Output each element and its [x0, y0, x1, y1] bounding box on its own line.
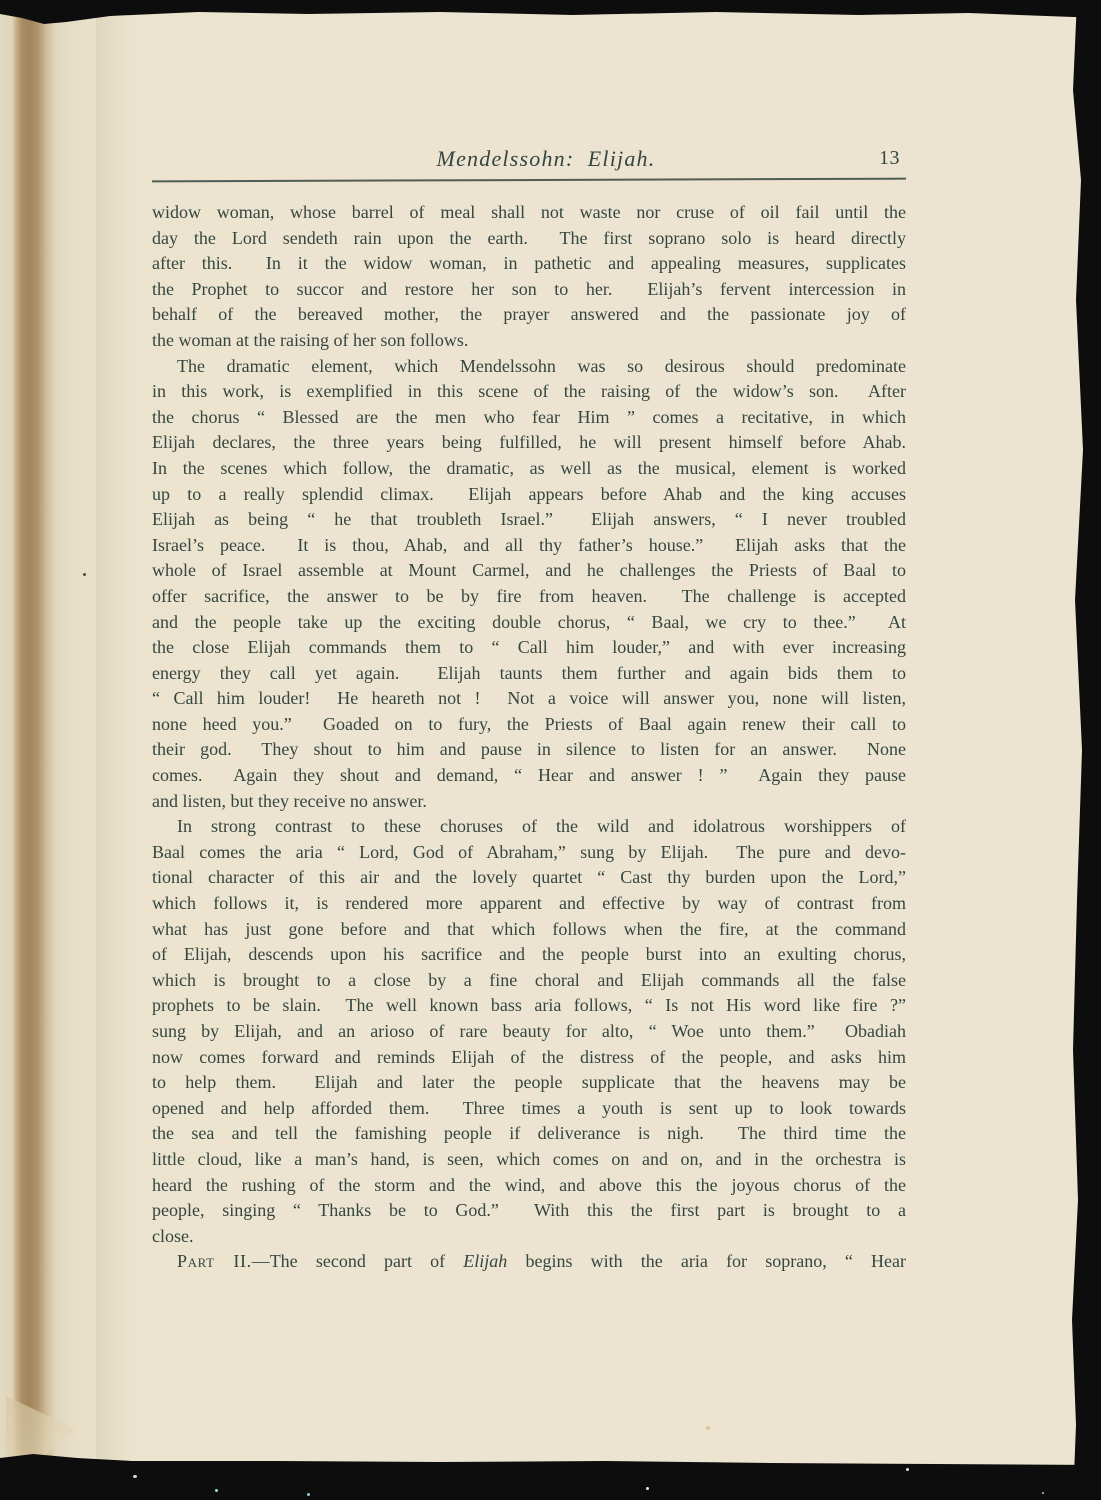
scan-speck	[906, 1468, 909, 1471]
text-segment: —The second part of	[252, 1251, 464, 1271]
text-segment: which follows it, is rendered more appar…	[152, 893, 906, 913]
text-line: none heed you.” Goaded on to fury, the P…	[152, 712, 906, 738]
text-segment: the sea and tell the famishing people if…	[152, 1123, 906, 1143]
text-segment: whole of Israel assemble at Mount Carmel…	[152, 560, 906, 580]
text-segment: and the people take up the exciting doub…	[152, 612, 906, 632]
text-segment: their god. They shout to him and pause i…	[152, 739, 906, 759]
text-line: opened and help afforded them. Three tim…	[152, 1096, 906, 1122]
text-line: behalf of the bereaved mother, the praye…	[152, 302, 906, 328]
text-segment: the Prophet to succor and restore her so…	[152, 279, 906, 299]
text-line: people, singing “ Thanks be to God.” Wit…	[152, 1198, 906, 1224]
text-segment: little cloud, like a man’s hand, is seen…	[152, 1149, 906, 1169]
text-segment: heard the rushing of the storm and the w…	[152, 1175, 906, 1195]
text-segment: Israel’s peace. It is thou, Ahab, and al…	[152, 535, 906, 555]
text-line: Elijah declares, the three years being f…	[152, 430, 906, 456]
text-segment: “ Call him louder! He heareth not ! Not …	[152, 688, 906, 708]
page-number: 13	[879, 147, 900, 170]
text-line: whole of Israel assemble at Mount Carmel…	[152, 558, 906, 584]
text-segment: energy they call yet again. Elijah taunt…	[152, 663, 906, 683]
page-gutter-crease	[96, 0, 151, 1500]
scan-speck	[83, 573, 86, 576]
text-segment: what has just gone before and that which…	[152, 919, 906, 939]
text-line: tional character of this air and the lov…	[152, 865, 906, 891]
text-line: after this. In it the widow woman, in pa…	[152, 251, 906, 277]
text-line: In the scenes which follow, the dramatic…	[152, 456, 906, 482]
text-segment: to help them. Elijah and later the peopl…	[152, 1072, 906, 1092]
running-header-title: Mendelssohn: Elijah.	[152, 146, 906, 172]
text-line: offer sacrifice, the answer to be by fir…	[152, 584, 906, 610]
text-line: prophets to be slain. The well known bas…	[152, 993, 906, 1019]
text-line: the woman at the raising of her son foll…	[152, 328, 906, 354]
text-segment: widow woman, whose barrel of meal shall …	[152, 202, 906, 222]
text-line: comes. Again they shout and demand, “ He…	[152, 763, 906, 789]
text-segment: sung by Elijah, and an arioso of rare be…	[152, 1021, 906, 1041]
text-line: heard the rushing of the storm and the w…	[152, 1173, 906, 1199]
text-line: up to a really splendid climax. Elijah a…	[152, 482, 906, 508]
text-segment: begins with the aria for soprano, “ Hear	[507, 1251, 906, 1271]
text-segment: Elijah	[463, 1251, 507, 1271]
text-segment: close.	[152, 1226, 193, 1246]
text-segment: behalf of the bereaved mother, the praye…	[152, 304, 906, 324]
text-line: Part II.—The second part of Elijah begin…	[152, 1249, 906, 1275]
text-segment: offer sacrifice, the answer to be by fir…	[152, 586, 906, 606]
text-segment: Part II.	[177, 1251, 252, 1271]
scan-speck	[706, 1426, 710, 1430]
text-line: Elijah as being “ he that troubleth Isra…	[152, 507, 906, 533]
text-segment: which is brought to a close by a fine ch…	[152, 970, 906, 990]
text-segment: the woman at the raising of her son foll…	[152, 330, 468, 350]
text-line: and the people take up the exciting doub…	[152, 610, 906, 636]
text-segment: opened and help afforded them. Three tim…	[152, 1098, 906, 1118]
text-segment: and listen, but they receive no answer.	[152, 791, 427, 811]
text-line: Israel’s peace. It is thou, Ahab, and al…	[152, 533, 906, 559]
scan-speck	[215, 1489, 218, 1492]
text-line: the Prophet to succor and restore her so…	[152, 277, 906, 303]
text-line: widow woman, whose barrel of meal shall …	[152, 200, 906, 226]
text-segment: prophets to be slain. The well known bas…	[152, 995, 906, 1015]
text-line: which is brought to a close by a fine ch…	[152, 968, 906, 994]
scan-speck	[646, 1487, 649, 1490]
text-line: the close Elijah commands them to “ Call…	[152, 635, 906, 661]
text-line: the sea and tell the famishing people if…	[152, 1121, 906, 1147]
text-line: little cloud, like a man’s hand, is seen…	[152, 1147, 906, 1173]
text-line: in this work, is exemplified in this sce…	[152, 379, 906, 405]
text-line: In strong contrast to these choruses of …	[152, 814, 906, 840]
text-line: the chorus “ Blessed are the men who fea…	[152, 405, 906, 431]
text-segment: in this work, is exemplified in this sce…	[152, 381, 906, 401]
text-line: to help them. Elijah and later the peopl…	[152, 1070, 906, 1096]
text-line: close.	[152, 1224, 906, 1250]
text-segment: In the scenes which follow, the dramatic…	[152, 458, 906, 478]
text-line: sung by Elijah, and an arioso of rare be…	[152, 1019, 906, 1045]
text-segment: now comes forward and reminds Elijah of …	[152, 1047, 906, 1067]
text-segment: day the Lord sendeth rain upon the earth…	[152, 228, 906, 248]
text-line: now comes forward and reminds Elijah of …	[152, 1045, 906, 1071]
scan-speck	[1042, 1492, 1044, 1494]
text-segment: In strong contrast to these choruses of …	[177, 816, 906, 836]
text-line: The dramatic element, which Mendelssohn …	[152, 354, 906, 380]
text-segment: Elijah declares, the three years being f…	[152, 432, 906, 452]
text-segment: the chorus “ Blessed are the men who fea…	[152, 407, 906, 427]
text-segment: the close Elijah commands them to “ Call…	[152, 637, 906, 657]
text-segment: Baal comes the aria “ Lord, God of Abrah…	[152, 842, 906, 862]
text-line: of Elijah, descends upon his sacrifice a…	[152, 942, 906, 968]
text-segment: none heed you.” Goaded on to fury, the P…	[152, 714, 906, 734]
text-line: energy they call yet again. Elijah taunt…	[152, 661, 906, 687]
scan-speck	[307, 1493, 310, 1496]
running-header: Mendelssohn: Elijah. 13	[152, 146, 906, 176]
text-segment: tional character of this air and the lov…	[152, 867, 906, 887]
text-line: day the Lord sendeth rain upon the earth…	[152, 226, 906, 252]
text-line: which follows it, is rendered more appar…	[152, 891, 906, 917]
text-segment: The dramatic element, which Mendelssohn …	[177, 356, 906, 376]
text-segment: comes. Again they shout and demand, “ He…	[152, 765, 906, 785]
text-segment: Elijah as being “ he that troubleth Isra…	[152, 509, 906, 529]
text-line: what has just gone before and that which…	[152, 917, 906, 943]
page-body: widow woman, whose barrel of meal shall …	[152, 200, 906, 1275]
text-segment: up to a really splendid climax. Elijah a…	[152, 484, 906, 504]
text-line: “ Call him louder! He heareth not ! Not …	[152, 686, 906, 712]
text-line: their god. They shout to him and pause i…	[152, 737, 906, 763]
scan-speck	[133, 1475, 137, 1478]
text-segment: after this. In it the widow woman, in pa…	[152, 253, 906, 273]
text-line: and listen, but they receive no answer.	[152, 789, 906, 815]
text-line: Baal comes the aria “ Lord, God of Abrah…	[152, 840, 906, 866]
text-segment: people, singing “ Thanks be to God.” Wit…	[152, 1200, 906, 1220]
text-segment: of Elijah, descends upon his sacrifice a…	[152, 944, 906, 964]
